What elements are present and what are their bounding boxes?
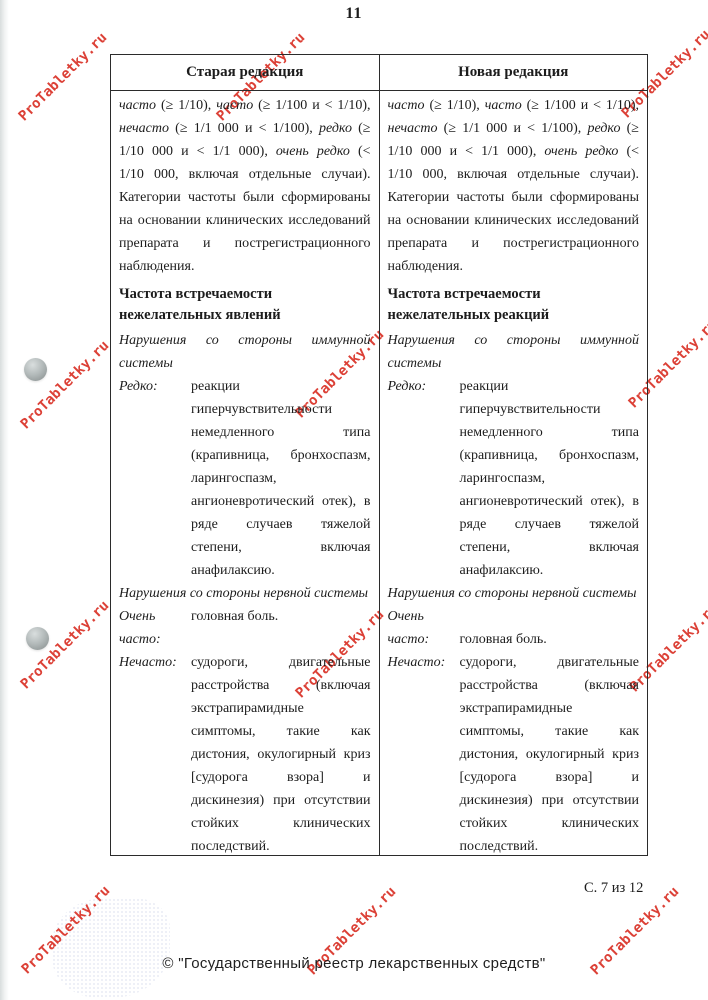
- frequency-row: Очень часто:головная боль.: [119, 605, 371, 651]
- system-organ-class-subheading: Нарушения со стороны нервной системы: [388, 582, 640, 605]
- frequency-row: Редко:реакции гиперчувствительности неме…: [119, 375, 371, 582]
- section-heading: Частота встречаемости нежелательных реак…: [388, 284, 640, 326]
- frequency-term-italic: часто: [216, 98, 253, 113]
- table-header-row: Старая редакция Новая редакция: [111, 55, 647, 91]
- frequency-label: Очень часто:: [119, 605, 191, 651]
- frequency-label: Редко:: [388, 375, 460, 582]
- reaction-description: головная боль.: [460, 605, 640, 651]
- hole-punch-bottom: [26, 627, 49, 650]
- frequency-definition-paragraph: часто (≥ 1/10), часто (≥ 1/100 и < 1/10)…: [388, 94, 640, 278]
- frequency-row: Нечасто:судороги, двигательные расстройс…: [388, 651, 640, 855]
- frequency-term-italic: нечасто: [119, 121, 169, 136]
- system-organ-class-subheading: Нарушения со стороны нервной системы: [119, 582, 371, 605]
- frequency-term-italic: редко: [319, 121, 352, 136]
- scan-edge-shadow: [0, 0, 9, 1000]
- column-header-old-edition: Старая редакция: [111, 55, 380, 90]
- frequency-row: Редко:реакции гиперчувствительности неме…: [388, 375, 640, 582]
- scanned-document-page: { "page": { "number": "11", "footer_page…: [0, 0, 708, 1000]
- page-of-pages-label: С. 7 из 12: [584, 880, 643, 897]
- frequency-term-italic: редко: [587, 121, 620, 136]
- text-run: (≥ 1/10),: [425, 98, 485, 113]
- section-heading: Частота встречаемости нежелательных явле…: [119, 284, 371, 326]
- column-header-new-edition: Новая редакция: [380, 55, 648, 90]
- frequency-term-italic: часто: [388, 98, 425, 113]
- page-number: 11: [0, 5, 708, 23]
- frequency-label: Нечасто:: [119, 651, 191, 855]
- frequency-term-italic: очень редко: [544, 144, 618, 159]
- frequency-term-italic: нечасто: [388, 121, 438, 136]
- copyright-footer: © "Государственный реестр лекарственных …: [0, 955, 708, 972]
- table-body-row: часто (≥ 1/10), часто (≥ 1/100 и < 1/10)…: [111, 91, 647, 855]
- reaction-description: судороги, двигательные расстройства (вкл…: [460, 651, 640, 855]
- text-run: (≥ 1/100 и < 1/10),: [253, 98, 370, 113]
- reaction-description: реакции гиперчувствительности немедленно…: [191, 375, 371, 582]
- protabletky-watermark: ProTabletky.ru: [16, 30, 111, 125]
- frequency-label: Редко:: [119, 375, 191, 582]
- reaction-description: реакции гиперчувствительности немедленно…: [460, 375, 640, 582]
- frequency-row: Нечасто:судороги, двигательные расстройс…: [119, 651, 371, 855]
- text-run: (≥ 1/10),: [156, 98, 216, 113]
- text-run: (≥ 1/1 000 и < 1/100),: [169, 121, 319, 136]
- new-edition-cell: часто (≥ 1/10), часто (≥ 1/100 и < 1/10)…: [380, 91, 648, 855]
- old-edition-cell: часто (≥ 1/10), часто (≥ 1/100 и < 1/10)…: [111, 91, 380, 855]
- frequency-definition-paragraph: часто (≥ 1/10), часто (≥ 1/100 и < 1/10)…: [119, 94, 371, 278]
- frequency-term-italic: часто: [485, 98, 522, 113]
- protabletky-watermark: ProTabletky.ru: [18, 338, 113, 433]
- text-run: (≥ 1/1 000 и < 1/100),: [437, 121, 587, 136]
- comparison-table: Старая редакция Новая редакция часто (≥ …: [110, 54, 648, 856]
- reaction-description: судороги, двигательные расстройства (вкл…: [191, 651, 371, 855]
- system-organ-class-subheading: Нарушения со стороны иммунной системы: [388, 329, 640, 375]
- system-organ-class-subheading: Нарушения со стороны иммунной системы: [119, 329, 371, 375]
- frequency-term-italic: часто: [119, 98, 156, 113]
- text-run: (< 1/10 000, включая отдельные случаи). …: [119, 144, 371, 274]
- text-run: (≥ 1/100 и < 1/10),: [522, 98, 639, 113]
- frequency-label: Очень часто:: [388, 605, 460, 651]
- reaction-description: головная боль.: [191, 605, 371, 651]
- frequency-term-italic: очень редко: [276, 144, 350, 159]
- frequency-row: Очень часто:головная боль.: [388, 605, 640, 651]
- hole-punch-top: [24, 358, 47, 381]
- text-run: (< 1/10 000, включая отдельные случаи). …: [388, 144, 640, 274]
- frequency-label: Нечасто:: [388, 651, 460, 855]
